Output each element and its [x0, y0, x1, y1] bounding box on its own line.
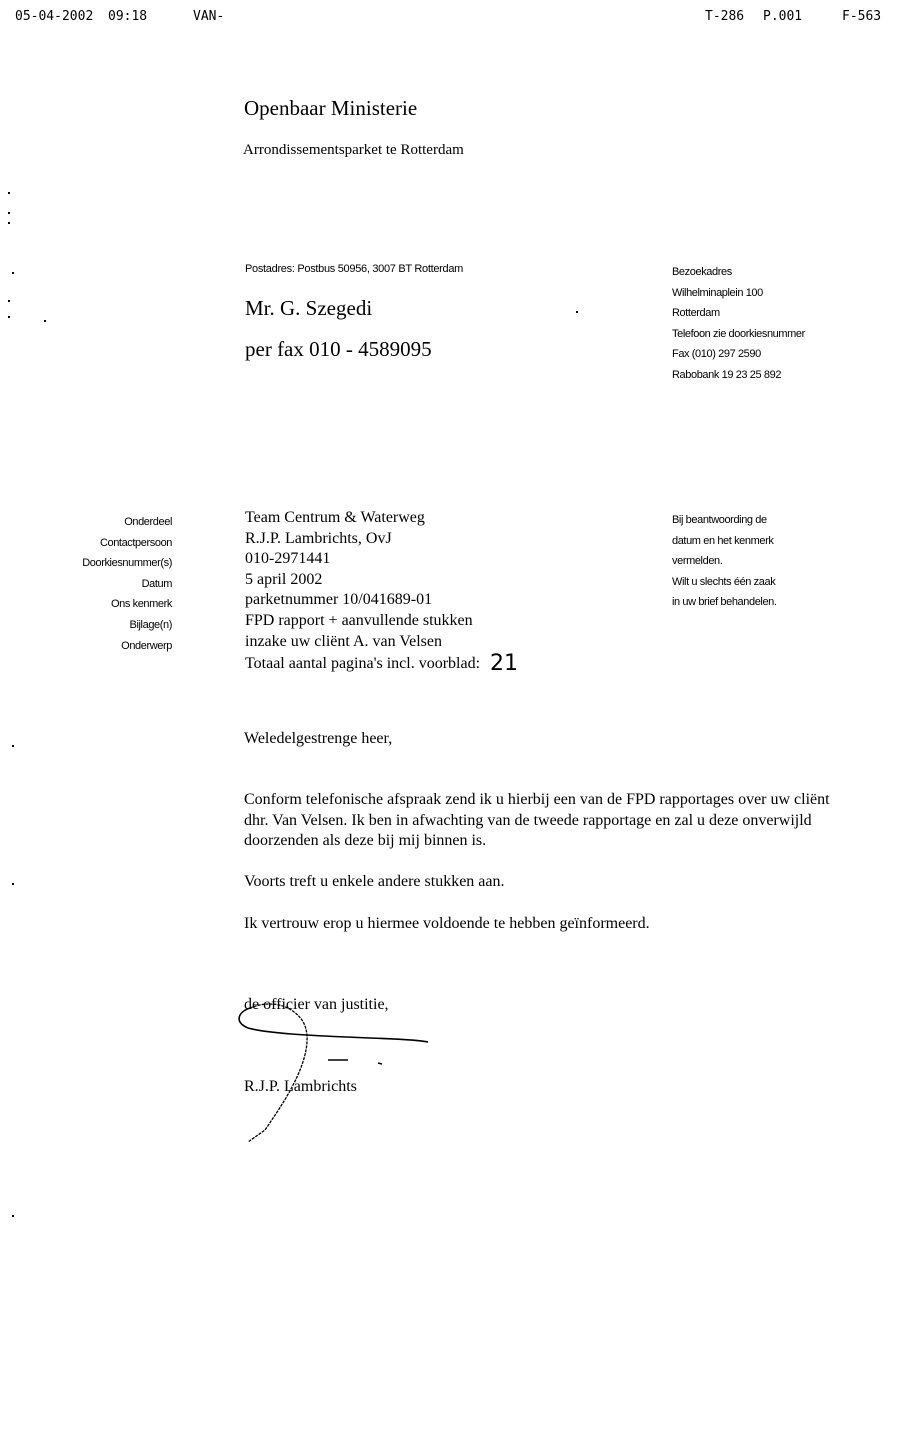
visit-address-city: Rotterdam: [672, 303, 805, 324]
visit-address-street: Wilhelminaplein 100: [672, 283, 805, 304]
meta-value-datum: 5 april 2002: [245, 570, 518, 591]
scan-noise: [8, 212, 10, 214]
meta-label-doorkiesnummer: Doorkiesnummer(s): [40, 553, 172, 574]
meta-label-onderwerp: Onderwerp: [40, 636, 172, 657]
signature-icon: [230, 990, 450, 1150]
scan-noise: [8, 192, 10, 194]
scan-noise: [44, 320, 46, 322]
letter-body: Conform telefonische afspraak zend ik u …: [244, 790, 844, 955]
notice-line: vermelden.: [672, 551, 777, 572]
body-paragraph: Conform telefonische afspraak zend ik u …: [244, 790, 844, 852]
meta-value-onderdeel: Team Centrum & Waterweg: [245, 508, 518, 529]
total-pages-handwritten: 21: [490, 651, 518, 676]
meta-label-contactpersoon: Contactpersoon: [40, 533, 172, 554]
notice-line: datum en het kenmerk: [672, 531, 777, 552]
fax-page: P.001: [763, 9, 802, 24]
meta-labels: Onderdeel Contactpersoon Doorkiesnummer(…: [40, 512, 172, 656]
visit-address-bank: Rabobank 19 23 25 892: [672, 365, 805, 386]
fax-job: F-563: [842, 9, 881, 24]
scan-noise: [12, 1215, 14, 1217]
scan-noise: [8, 222, 10, 224]
scan-noise: [8, 300, 10, 302]
fax-transmission-id: T-286: [705, 9, 744, 24]
salutation: Weledelgestrenge heer,: [244, 730, 392, 748]
meta-values: Team Centrum & Waterweg R.J.P. Lambricht…: [245, 508, 518, 673]
scan-noise: [8, 316, 10, 318]
reply-notice: Bij beantwoording de datum en het kenmer…: [672, 510, 777, 613]
scan-noise: [12, 883, 14, 885]
visit-address-block: Bezoekadres Wilhelminaplein 100 Rotterda…: [672, 262, 805, 386]
signer-name: R.J.P. Lambrichts: [244, 1078, 357, 1096]
postal-address: Postadres: Postbus 50956, 3007 BT Rotter…: [245, 263, 463, 275]
meta-value-kenmerk: parketnummer 10/041689-01: [245, 590, 518, 611]
organization-name: Openbaar Ministerie: [244, 96, 417, 121]
scan-noise: [12, 745, 14, 747]
meta-label-datum: Datum: [40, 574, 172, 595]
notice-line: Wilt u slechts één zaak: [672, 572, 777, 593]
department-name: Arrondissementsparket te Rotterdam: [243, 142, 464, 159]
notice-line: Bij beantwoording de: [672, 510, 777, 531]
meta-label-onderdeel: Onderdeel: [40, 512, 172, 533]
scan-noise: [12, 272, 14, 274]
body-paragraph: Ik vertrouw erop u hiermee voldoende te …: [244, 914, 844, 935]
meta-value-doorkiesnummer: 010-2971441: [245, 549, 518, 570]
body-paragraph: Voorts treft u enkele andere stukken aan…: [244, 872, 844, 893]
meta-value-bijlage: FPD rapport + aanvullende stukken: [245, 611, 518, 632]
meta-total-pages: Totaal aantal pagina's incl. voorblad:21: [245, 652, 518, 673]
fax-from: VAN-: [193, 9, 224, 24]
recipient-name: Mr. G. Szegedi: [245, 296, 372, 321]
meta-value-contactpersoon: R.J.P. Lambrichts, OvJ: [245, 529, 518, 550]
notice-line: in uw brief behandelen.: [672, 592, 777, 613]
fax-time: 09:18: [108, 9, 147, 24]
meta-label-kenmerk: Ons kenmerk: [40, 594, 172, 615]
fax-date: 05-04-2002: [15, 9, 93, 24]
visit-address-fax: Fax (010) 297 2590: [672, 344, 805, 365]
meta-label-bijlage: Bijlage(n): [40, 615, 172, 636]
visit-address-phone: Telefoon zie doorkiesnummer: [672, 324, 805, 345]
meta-value-onderwerp: inzake uw cliënt A. van Velsen: [245, 632, 518, 653]
scan-noise: [576, 311, 578, 313]
visit-address-heading: Bezoekadres: [672, 262, 805, 283]
total-pages-label: Totaal aantal pagina's incl. voorblad:: [245, 655, 480, 672]
recipient-fax: per fax 010 - 4589095: [245, 337, 432, 362]
